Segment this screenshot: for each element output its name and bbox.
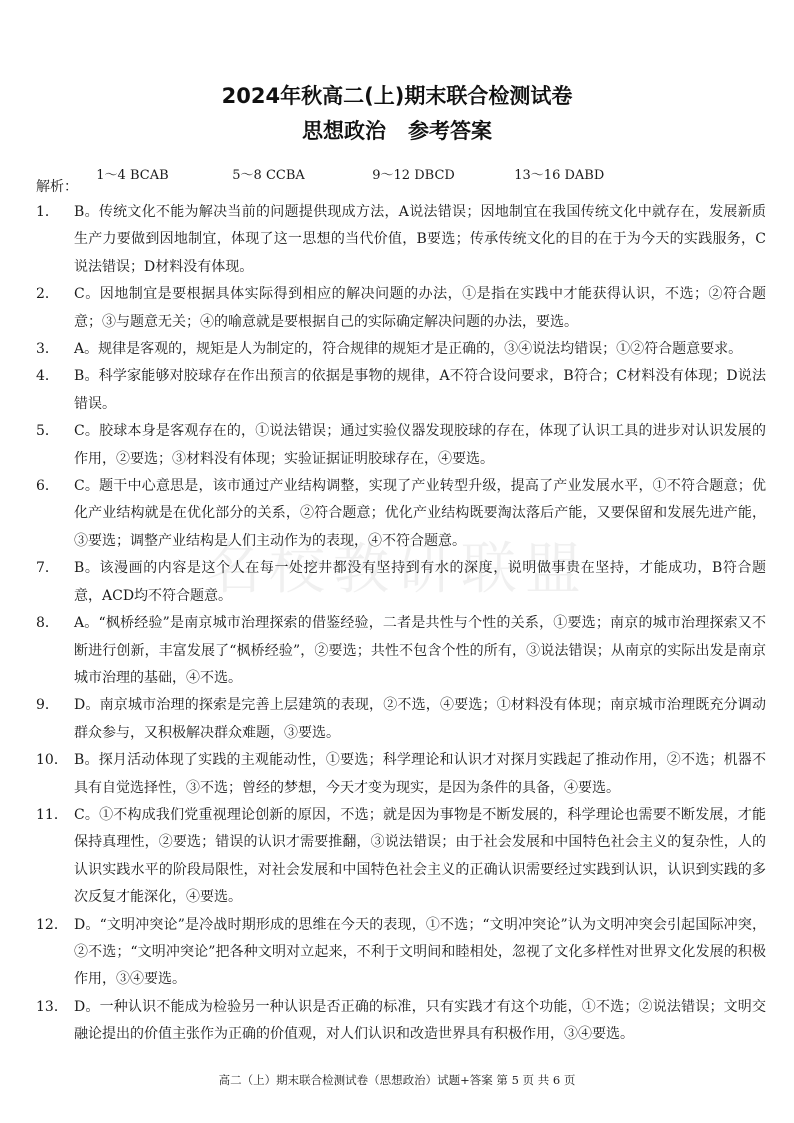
analysis-item: 7．B。该漫画的内容是这个人在每一处挖井都没有坚持到有水的深度，说明做事贵在坚持… [36, 555, 766, 610]
item-number: 11． [36, 802, 74, 829]
item-number: 7． [36, 555, 74, 582]
answer-key-answers: BCAB [130, 168, 169, 183]
item-text: 胶球本身是客观存在的，①说法错误；通过实验仪器发现胶球的存在，体现了认识工具的进… [74, 423, 766, 466]
analysis-heading: 解析： [36, 176, 78, 196]
answer-key-group: 13～16 DABD [514, 164, 634, 183]
answer-key-group: 1～4 BCAB [96, 164, 232, 183]
item-answer: D。 [74, 917, 100, 933]
item-text: ①不构成我们党重视理论创新的原因，不选；就是因为事物是不断发展的，科学理论也需要… [74, 807, 766, 905]
item-number: 8． [36, 610, 74, 637]
item-number: 9． [36, 692, 74, 719]
analysis-item: 10．B。探月活动体现了实践的主观能动性，①要选；科学理论和认识才对探月实践起了… [36, 747, 766, 802]
analysis-item: 8．A。“枫桥经验”是南京城市治理探索的借鉴经验，二者是共性与个性的关系，①要选… [36, 610, 766, 692]
item-text: 因地制宜是要根据具体实际得到相应的解决问题的办法，①是指在实践中才能获得认识，不… [74, 286, 766, 329]
item-answer: D。 [74, 999, 100, 1015]
item-number: 5． [36, 418, 74, 445]
item-answer: C。 [74, 286, 100, 302]
item-text: 南京城市治理的探索是完善上层建筑的表现，②不选，④要选；①材料没有体现；南京城市… [74, 697, 766, 740]
analysis-item: 9．D。南京城市治理的探索是完善上层建筑的表现，②不选，④要选；①材料没有体现；… [36, 692, 766, 747]
answer-key-answers: DBCD [414, 168, 455, 183]
item-text: 传统文化不能为解决当前的问题提供现成方法，A说法错误；因地制宜在我国传统文化中就… [74, 204, 766, 275]
analysis-item: 6．C。题干中心意思是，该市通过产业结构调整，实现了产业转型升级，提高了产业发展… [36, 473, 766, 555]
item-text: 探月活动体现了实践的主观能动性，①要选；科学理论和认识才对探月实践起了推动作用，… [74, 752, 766, 795]
item-text: “文明冲突论”是冷战时期形成的思维在今天的表现，①不选；“文明冲突论”认为文明冲… [74, 917, 766, 988]
answer-key-label: 参考答案 [408, 119, 492, 143]
item-number: 4． [36, 363, 74, 390]
answer-key-range: 5～8 [232, 164, 262, 183]
item-number: 2． [36, 281, 74, 308]
item-text: 该漫画的内容是这个人在每一处挖井都没有坚持到有水的深度，说明做事贵在坚持，才能成… [74, 560, 766, 603]
analysis-item: 13．D。一种认识不能成为检验另一种认识是否正确的标准，只有实践才有这个功能，①… [36, 994, 766, 1049]
subject-label: 思想政治 [302, 119, 386, 143]
answer-key-range: 13～16 [514, 164, 560, 183]
item-answer: B。 [74, 752, 99, 768]
answer-key-range: 1～4 [96, 164, 126, 183]
analysis-item: 11．C。①不构成我们党重视理论创新的原因，不选；就是因为事物是不断发展的，科学… [36, 802, 766, 912]
item-number: 6． [36, 473, 74, 500]
item-text: 题干中心意思是，该市通过产业结构调整，实现了产业转型升级，提高了产业发展水平，①… [74, 478, 766, 549]
item-text: 科学家能够对胶球存在作出预言的依据是事物的规律，A不符合设问要求，B符合；C材料… [74, 368, 766, 411]
analysis-item: 5．C。胶球本身是客观存在的，①说法错误；通过实验仪器发现胶球的存在，体现了认识… [36, 418, 766, 473]
analysis-item: 2．C。因地制宜是要根据具体实际得到相应的解决问题的办法，①是指在实践中才能获得… [36, 281, 766, 336]
document-title: 2024年秋高二(上)期末联合检测试卷 [0, 80, 794, 110]
item-answer: B。 [74, 204, 99, 220]
item-number: 13． [36, 994, 74, 1021]
answer-key-range: 9～12 [372, 164, 410, 183]
item-number: 12． [36, 912, 74, 939]
analysis-item: 12．D。“文明冲突论”是冷战时期形成的思维在今天的表现，①不选；“文明冲突论”… [36, 912, 766, 994]
answer-key-row: 1～4 BCAB5～8 CCBA9～12 DBCD13～16 DABD [88, 149, 634, 183]
item-answer: C。 [74, 807, 99, 823]
item-answer: C。 [74, 478, 99, 494]
answer-key-group: 5～8 CCBA [232, 164, 372, 183]
item-number: 1． [36, 199, 74, 226]
analysis-item: 4．B。科学家能够对胶球存在作出预言的依据是事物的规律，A不符合设问要求，B符合… [36, 363, 766, 418]
analysis-list: 1．B。传统文化不能为解决当前的问题提供现成方法，A说法错误；因地制宜在我国传统… [36, 199, 766, 1049]
analysis-item: 1．B。传统文化不能为解决当前的问题提供现成方法，A说法错误；因地制宜在我国传统… [36, 199, 766, 281]
answer-key-group: 9～12 DBCD [372, 164, 514, 183]
item-answer: B。 [74, 368, 99, 384]
answer-key-answers: DABD [565, 168, 605, 183]
answer-key-answers: CCBA [266, 168, 305, 183]
item-answer: A。 [74, 341, 98, 357]
document-subtitle: 思想政治参考答案 [0, 115, 794, 145]
item-answer: A。 [74, 615, 99, 631]
item-text: 规律是客观的，规矩是人为制定的，符合规律的规矩才是正确的，③④说法均错误；①②符… [98, 341, 742, 357]
item-number: 3． [36, 336, 74, 363]
item-text: 一种认识不能成为检验另一种认识是否正确的标准，只有实践才有这个功能，①不选；②说… [74, 999, 766, 1042]
page-footer: 高二（上）期末联合检测试卷（思想政治）试题+答案 第 5 页 共 6 页 [0, 1072, 794, 1088]
item-answer: B。 [74, 560, 99, 576]
item-answer: C。 [74, 423, 99, 439]
item-text: “枫桥经验”是南京城市治理探索的借鉴经验，二者是共性与个性的关系，①要选；南京的… [74, 615, 766, 686]
item-number: 10． [36, 747, 74, 774]
item-answer: D。 [74, 697, 100, 713]
analysis-item: 3．A。规律是客观的，规矩是人为制定的，符合规律的规矩才是正确的，③④说法均错误… [36, 336, 766, 363]
